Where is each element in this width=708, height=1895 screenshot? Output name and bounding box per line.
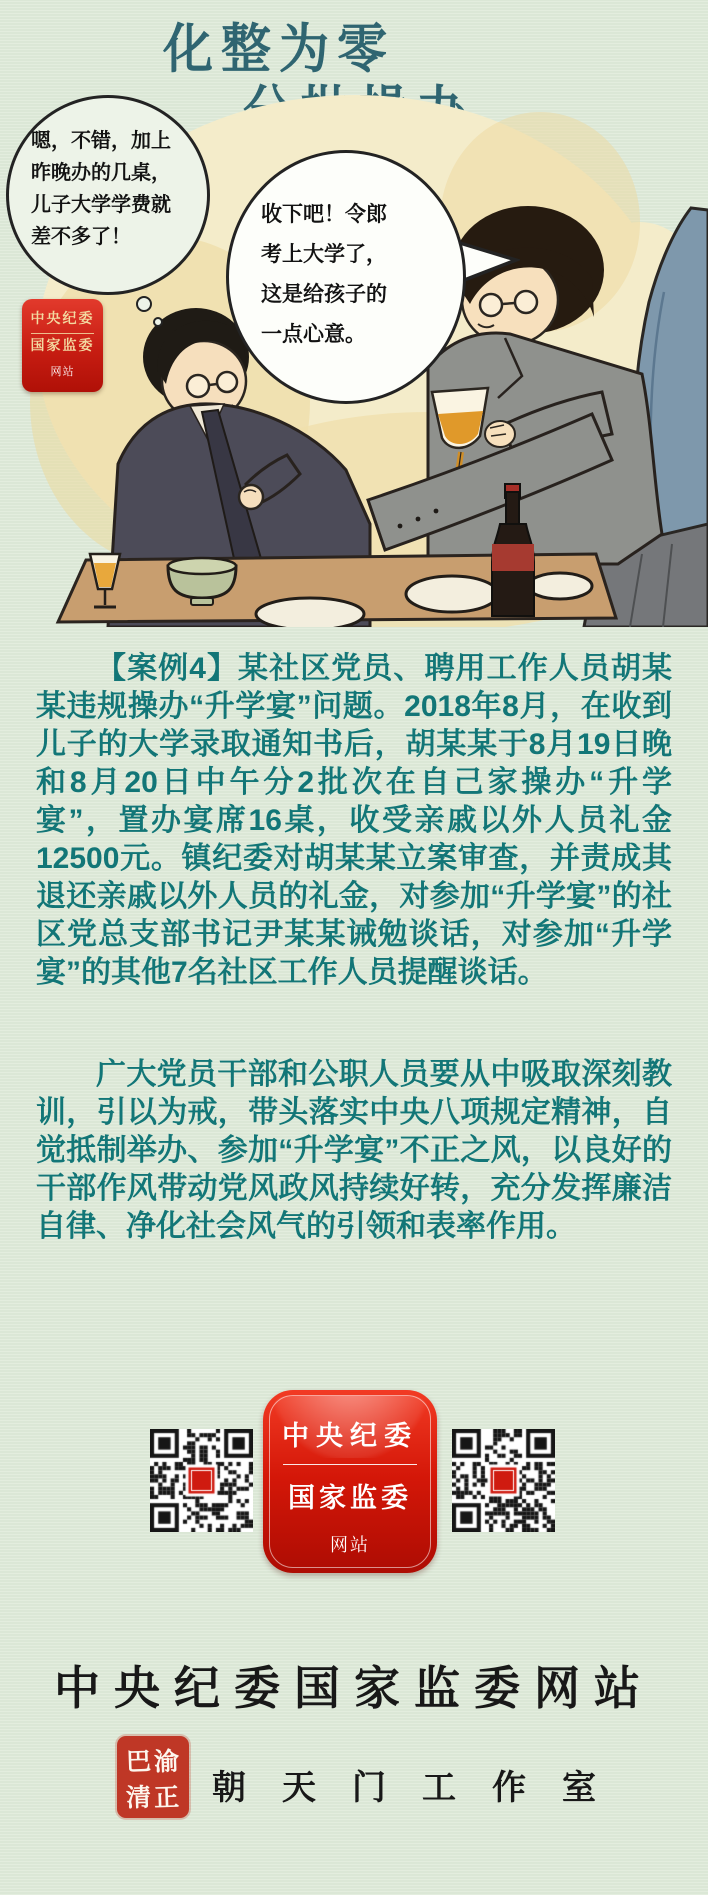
thought-bubble-dot bbox=[153, 317, 163, 327]
comment-paragraph: 广大党员干部和公职人员要从中吸取深刻教训，引以为戒，带头落实中央八项规定精神，自… bbox=[36, 1056, 672, 1246]
red-seal-stamp: 巴 渝 清 正 bbox=[117, 1736, 189, 1818]
ccdi-corner-badge-divider bbox=[31, 333, 94, 334]
ccdi-corner-badge-row1: 中央纪委 bbox=[22, 311, 103, 329]
ccdi-app-badge: 中央纪委 国家监委 网站 bbox=[263, 1390, 437, 1573]
footer-site-name: 中央纪委国家监委网站 bbox=[0, 1652, 708, 1718]
seal-char: 清 bbox=[126, 1778, 152, 1815]
seal-char: 巴 bbox=[126, 1742, 152, 1779]
seal-char: 正 bbox=[154, 1778, 180, 1815]
ccdi-corner-badge: 中央纪委 国家监委 网站 bbox=[22, 299, 103, 392]
thought-bubble: 嗯，不错，加上 昨晚办的几桌， 儿子大学学费就 差不多了！ bbox=[6, 95, 210, 295]
speech-bubble-line: 考上大学了， bbox=[261, 235, 463, 275]
ccdi-app-badge-row2: 国家监委 bbox=[263, 1476, 437, 1515]
qr-code-right bbox=[452, 1429, 555, 1532]
ccdi-app-badge-row1: 中央纪委 bbox=[263, 1414, 437, 1453]
footer-studio-name: 朝天门工作室 bbox=[212, 1760, 632, 1809]
plate bbox=[528, 573, 592, 599]
thought-bubble-line: 差不多了！ bbox=[31, 221, 207, 253]
thought-bubble-line: 儿子大学学费就 bbox=[31, 189, 207, 221]
poster-page: 化整为零 分批操办 bbox=[0, 0, 708, 1895]
speech-bubble-line: 一点心意。 bbox=[261, 315, 463, 355]
thought-bubble-line: 昨晚办的几桌， bbox=[31, 157, 207, 189]
ccdi-corner-badge-row3: 网站 bbox=[22, 363, 103, 379]
ccdi-app-badge-row3: 网站 bbox=[263, 1531, 437, 1557]
poster-title-line1: 化整为零 bbox=[163, 23, 395, 76]
case-paragraph: 【案例4】某社区党员、聘用工作人员胡某某违规操办“升学宴”问题。2018年8月，… bbox=[36, 650, 672, 992]
plate bbox=[256, 598, 364, 627]
seal-char: 渝 bbox=[154, 1742, 180, 1779]
plate bbox=[406, 576, 498, 612]
speech-bubble: 收下吧！令郎 考上大学了， 这是给孩子的 一点心意。 bbox=[226, 150, 466, 404]
thought-bubble-line: 嗯，不错，加上 bbox=[31, 125, 207, 157]
thought-bubble-dot bbox=[136, 296, 152, 312]
ccdi-app-badge-divider bbox=[283, 1464, 417, 1465]
speech-bubble-line: 收下吧！令郎 bbox=[261, 195, 463, 235]
qr-code-left bbox=[150, 1429, 253, 1532]
ccdi-corner-badge-row2: 国家监委 bbox=[22, 338, 103, 356]
speech-bubble-line: 这是给孩子的 bbox=[261, 275, 463, 315]
